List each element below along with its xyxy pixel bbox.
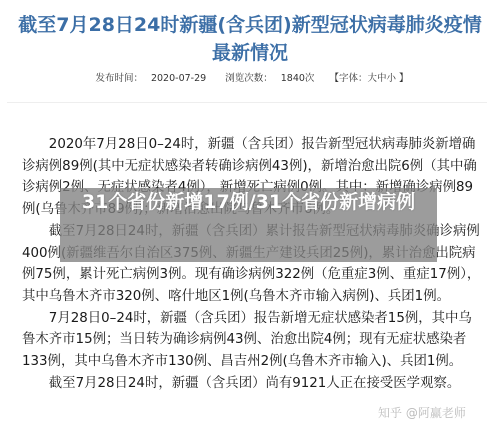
- paragraph-3: 7月28日0–24时，新疆（含兵团）报告新增无症状感染者15例，其中乌鲁木齐市1…: [22, 308, 483, 373]
- font-size-medium-link[interactable]: 中: [377, 73, 387, 84]
- watermark: 知乎 @阿赢老师: [378, 404, 466, 421]
- publish-time: 发布时间：2020-07-29: [91, 73, 210, 84]
- view-count: 浏览次数：1840次: [221, 73, 318, 84]
- article-title-line2: 最新情况: [0, 38, 500, 65]
- header-divider: [7, 102, 487, 103]
- article-title-line1: 截至7月28日24时新疆(含兵团)新型冠状病毒肺炎疫情: [0, 10, 500, 37]
- font-size-large-link[interactable]: 大: [367, 73, 377, 84]
- paragraph-4: 截至7月28日24时，新疆（含兵团）尚有9121人正在接受医学观察。: [22, 373, 483, 395]
- font-size-selector: 【字体：大中小 】: [329, 73, 408, 84]
- article-body: 2020年7月28日0–24时，新疆（含兵团）报告新型冠状病毒肺炎新增确诊病例8…: [22, 134, 483, 394]
- font-size-small-link[interactable]: 小: [387, 73, 397, 84]
- headline-overlay-text: 31个省份新增17例/31个省份新增病例: [60, 190, 437, 214]
- article-meta: 发布时间：2020-07-29 浏览次数：1840次 【字体：大中小 】: [0, 70, 500, 84]
